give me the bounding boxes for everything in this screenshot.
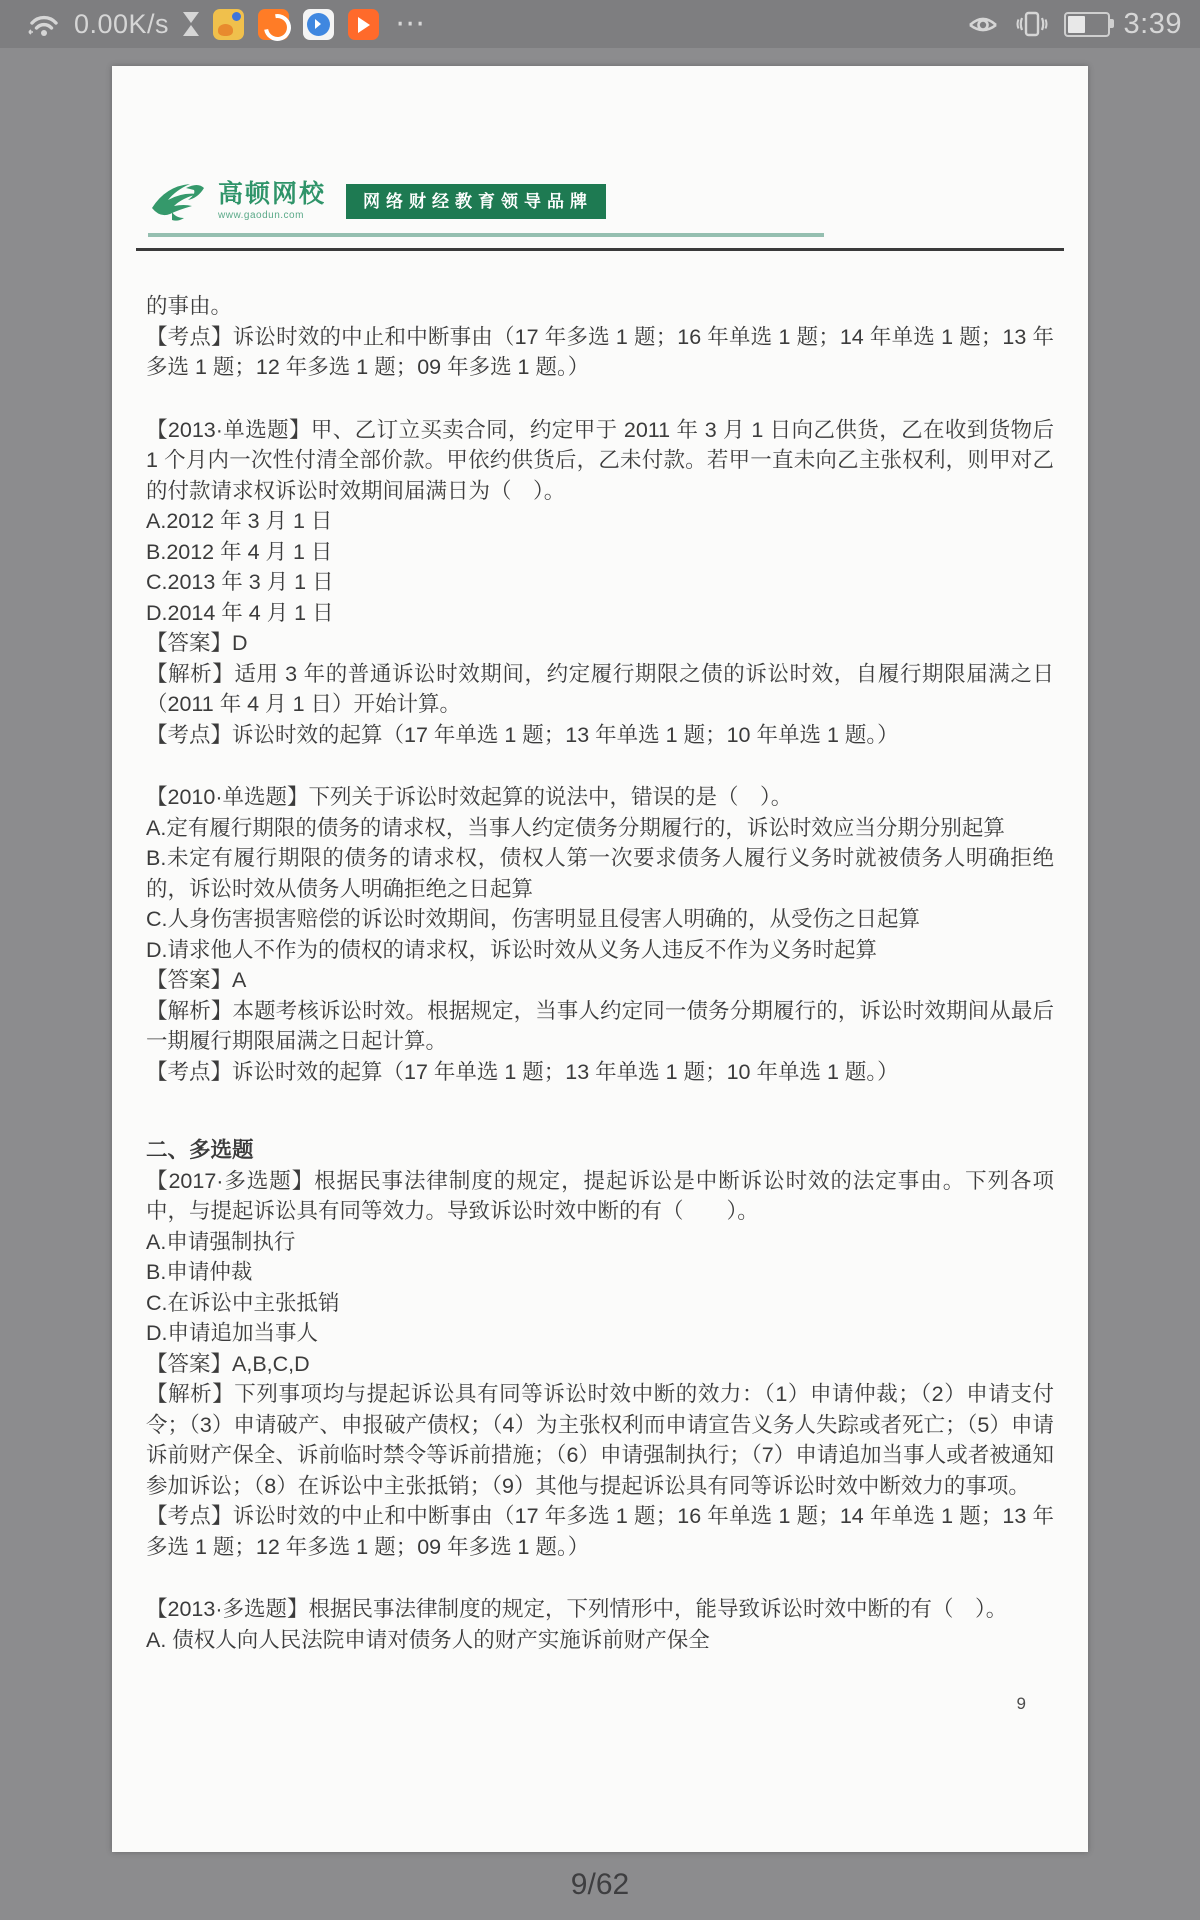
analysis: 【解析】适用 3 年的普通诉讼时效期间，约定履行期限之债的诉讼时效，自履行期限届… [146,659,1054,720]
header-accent-line [148,233,824,237]
status-bar[interactable]: 0.00K/s ⋯ 3:39 [0,0,1200,48]
notification-app-icon-1 [213,9,244,40]
uc-browser-icon [258,9,289,40]
option-a: A.申请强制执行 [146,1227,1054,1258]
brand-url: www.gaodun.com [218,211,326,221]
answer: 【答案】A,B,C,D [146,1349,1054,1380]
question-2013-single: 【2013·单选题】甲、乙订立买卖合同，约定甲于 2011 年 3 月 1 日向… [146,415,1054,507]
header-divider [136,248,1064,251]
video-app-icon [348,9,379,40]
gaodun-logo-icon [146,178,210,224]
vibrate-icon [1014,10,1050,38]
analysis: 【解析】下列事项均与提起诉讼具有同等诉讼时效中断的效力：（1）申请仲裁；（2）申… [146,1379,1054,1501]
option-b: B.未定有履行期限的债务的请求权，债权人第一次要求债务人履行义务时就被债务人明确… [146,843,1054,904]
brand-slogan-badge: 网络财经教育领导品牌 [346,184,606,219]
question-2010-single: 【2010·单选题】下列关于诉讼时效起算的说法中，错误的是（ ）。 [146,782,1054,813]
section-heading-multiple-choice: 二、多选题 [146,1135,1054,1166]
analysis: 【解析】本题考核诉讼时效。根据规定，当事人约定同一债务分期履行的，诉讼时效期间从… [146,996,1054,1057]
option-b: B.申请仲裁 [146,1257,1054,1288]
question-2013-multi: 【2013·多选题】根据民事法律制度的规定，下列情形中，能导致诉讼时效中断的有（… [146,1594,1054,1625]
option-d: D.申请追加当事人 [146,1318,1054,1349]
clock-time: 3:39 [1124,8,1182,41]
exam-point: 【考点】诉讼时效的中止和中断事由（17 年多选 1 题；16 年单选 1 题；1… [146,322,1054,383]
hourglass-icon [183,12,199,36]
answer: 【答案】A [146,965,1054,996]
question-2017-multi: 【2017·多选题】根据民事法律制度的规定，提起诉讼是中断诉讼时效的法定事由。下… [146,1166,1054,1227]
option-c: C.2013 年 3 月 1 日 [146,567,1054,598]
battery-icon [1064,12,1110,37]
option-c: C.人身伤害损害赔偿的诉讼时效期间，伤害明显且侵害人明确的，从受伤之日起算 [146,904,1054,935]
exam-point: 【考点】诉讼时效的起算（17 年单选 1 题；13 年单选 1 题；10 年单选… [146,720,1054,751]
exam-point: 【考点】诉讼时效的起算（17 年单选 1 题；13 年单选 1 题；10 年单选… [146,1057,1054,1088]
more-notifications-icon: ⋯ [395,14,429,34]
document-header: 高顿网校 www.gaodun.com 网络财经教育领导品牌 [112,178,1088,251]
exam-point: 【考点】诉讼时效的中止和中断事由（17 年多选 1 题；16 年单选 1 题；1… [146,1501,1054,1562]
answer: 【答案】D [146,628,1054,659]
brand-name: 高顿网校 [218,182,326,207]
page-indicator: 9/62 [0,1868,1200,1902]
option-a: A. 债权人向人民法院申请对债务人的财产实施诉前财产保全 [146,1625,1054,1656]
eye-protection-icon [966,11,1000,37]
browser-app-icon [303,9,334,40]
option-b: B.2012 年 4 月 1 日 [146,537,1054,568]
network-speed: 0.00K/s [74,9,169,40]
document-page-number: 9 [1017,1694,1026,1714]
document-content: 的事由。 【考点】诉讼时效的中止和中断事由（17 年多选 1 题；16 年单选 … [112,291,1088,1655]
option-d: D.请求他人不作为的债权的请求权，诉讼时效从义务人违反不作为义务时起算 [146,935,1054,966]
option-d: D.2014 年 4 月 1 日 [146,598,1054,629]
option-c: C.在诉讼中主张抵销 [146,1288,1054,1319]
wifi-icon [26,10,60,38]
option-a: A.2012 年 3 月 1 日 [146,506,1054,537]
option-a: A.定有履行期限的债务的请求权，当事人约定债务分期履行的，诉讼时效应当分期分别起… [146,813,1054,844]
continued-text: 的事由。 [146,291,1054,322]
document-page[interactable]: 高顿网校 www.gaodun.com 网络财经教育领导品牌 的事由。 【考点】… [112,66,1088,1852]
